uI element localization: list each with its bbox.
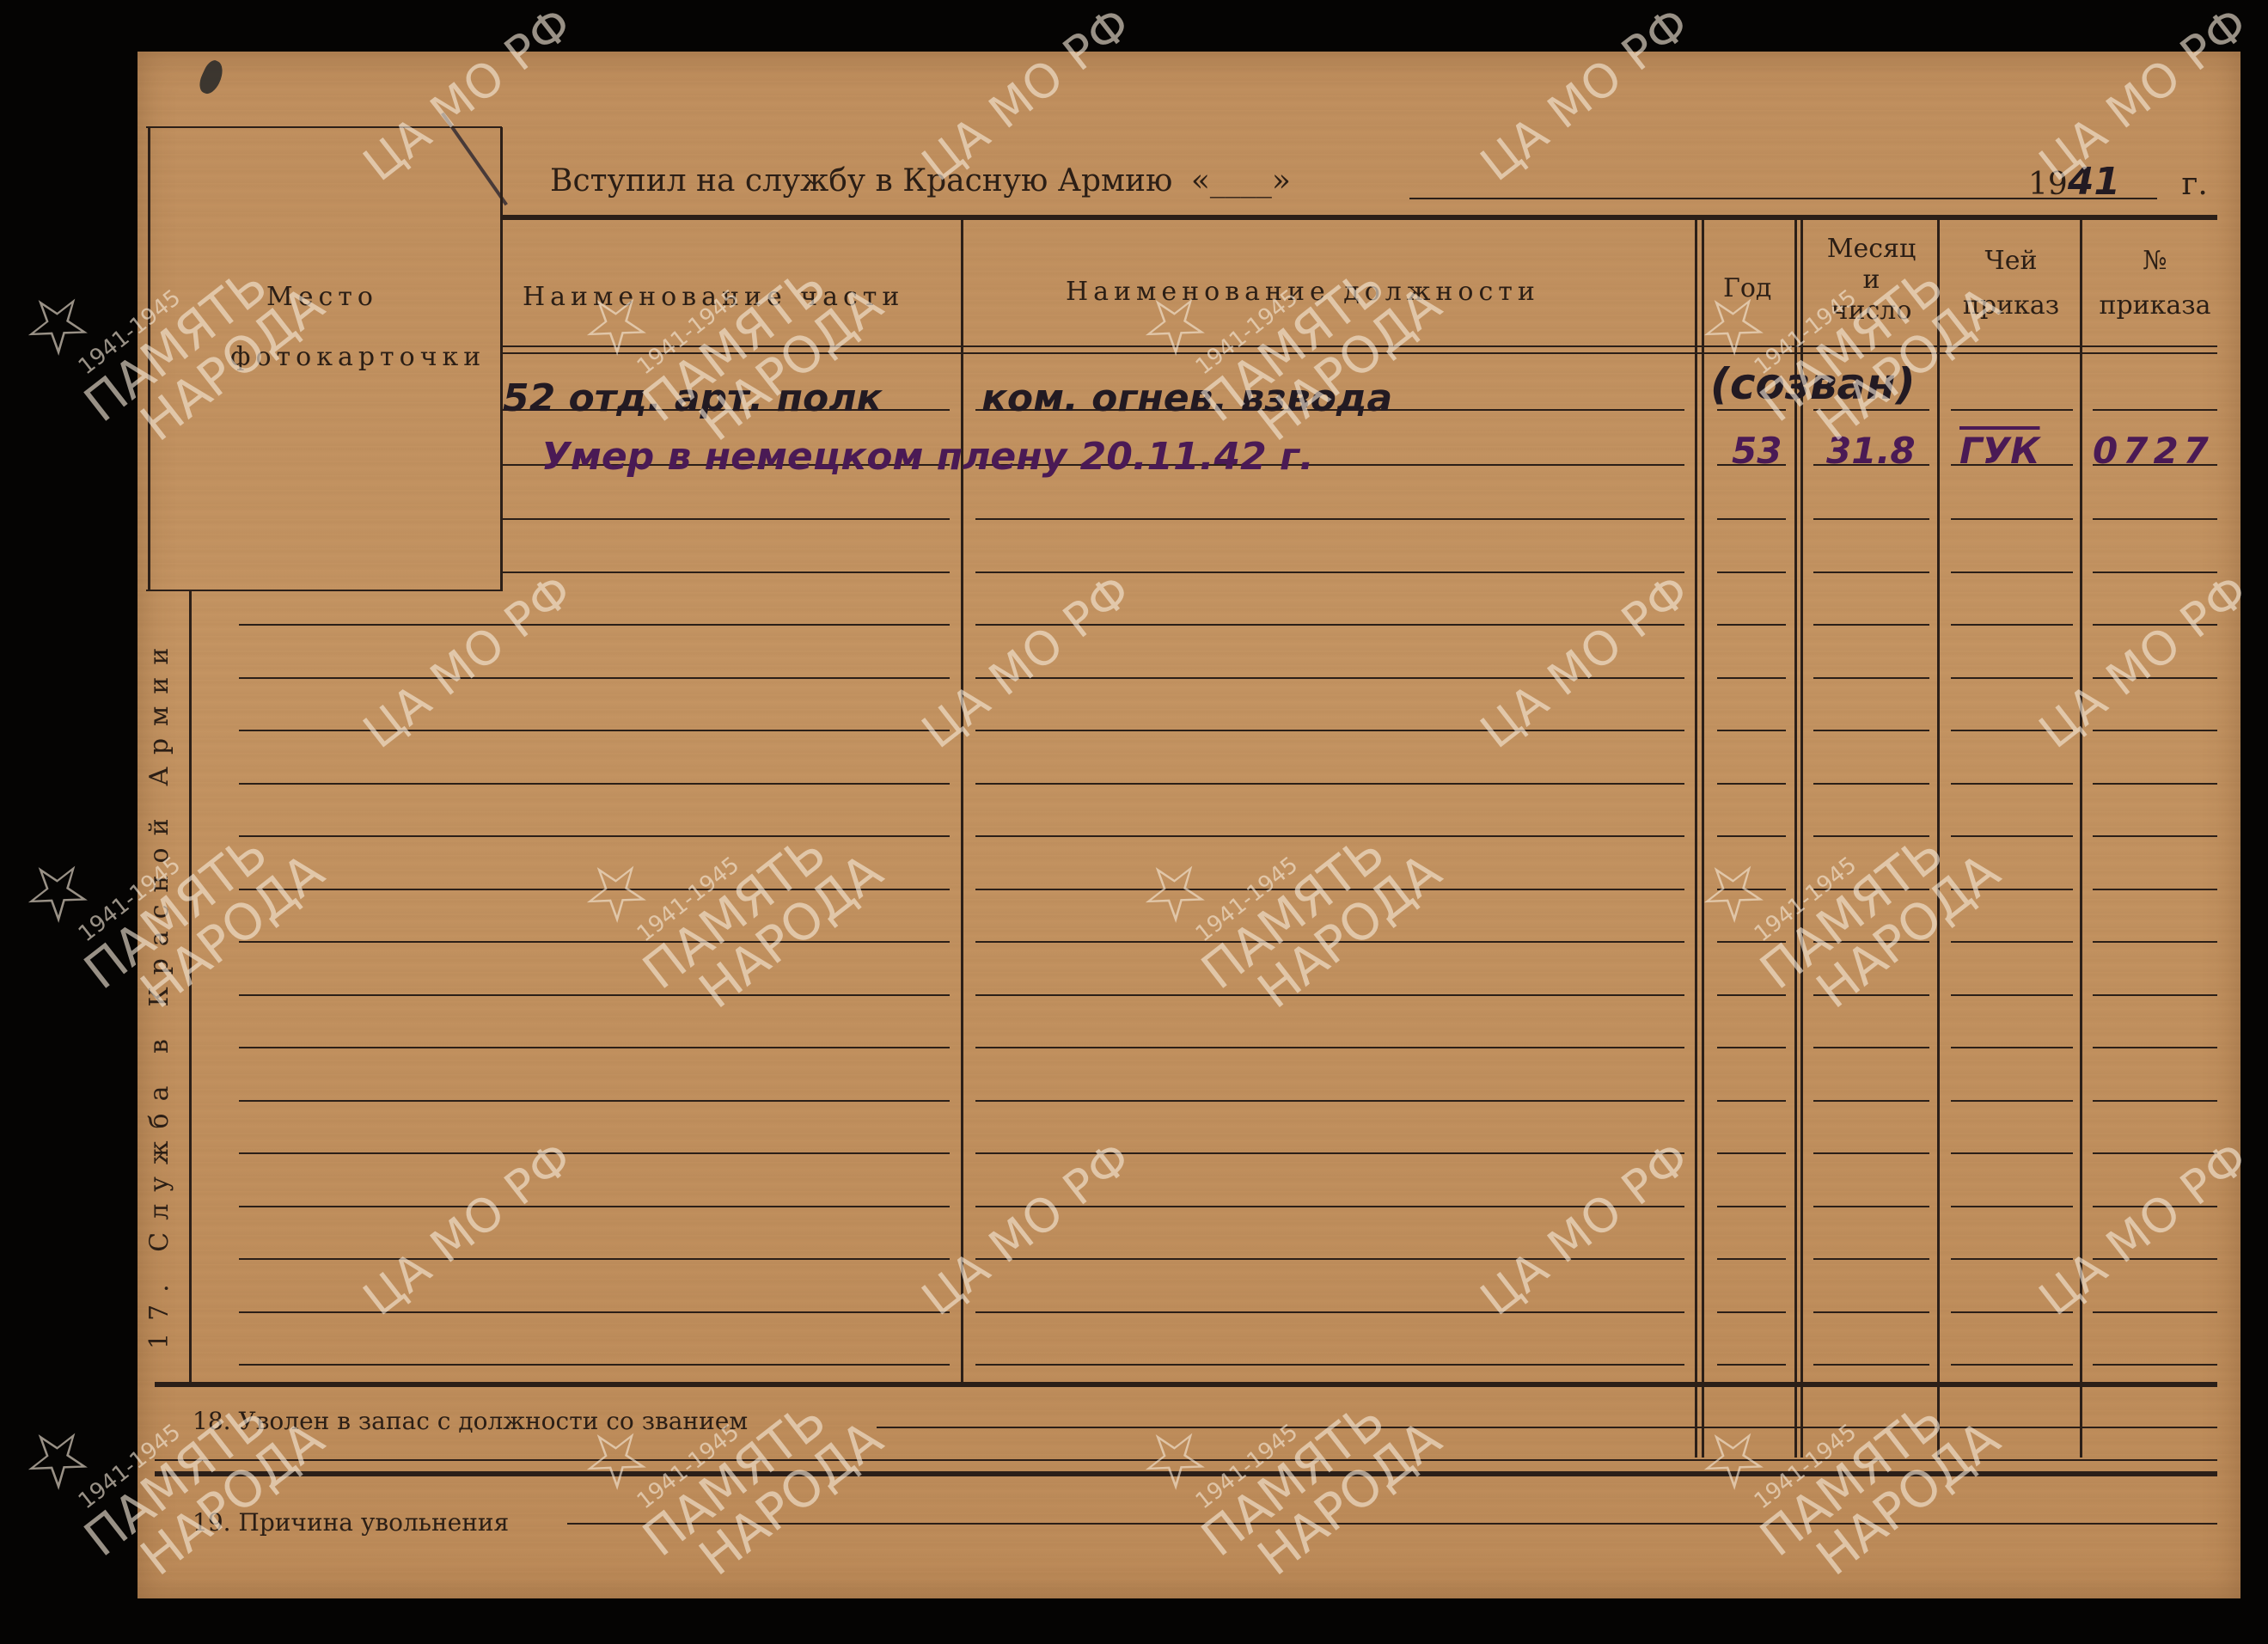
row2-whose-order: ГУК (1959, 430, 2039, 472)
row-rule (239, 730, 950, 731)
row-rule (975, 835, 1684, 837)
item-18: 18. Уволен в запас с должности со звание… (193, 1407, 748, 1435)
row-rule (2093, 571, 2217, 573)
header-year: Год (1723, 273, 1771, 303)
divider-position-year-a (1695, 220, 1697, 1458)
row-rule (2093, 1100, 2217, 1102)
row-rule (1813, 1152, 1929, 1154)
row-rule (2093, 1206, 2217, 1207)
row-rule (1717, 1047, 1786, 1048)
star-icon: ☆ (565, 1292, 813, 1510)
footer-divider-rule (155, 1471, 2217, 1476)
row-rule (1717, 518, 1786, 520)
header-position: Наименование должности (1066, 277, 1540, 307)
row-rule (1813, 518, 1929, 520)
star-icon: ☆ (1682, 1292, 1930, 1510)
row-rule (239, 1047, 950, 1048)
row-rule (1717, 1311, 1786, 1313)
row-rule (975, 624, 1684, 626)
row-rule (239, 1100, 950, 1102)
row-rule (1813, 1206, 1929, 1207)
row-rule (1813, 624, 1929, 626)
star-icon: ☆ (6, 724, 254, 943)
row-rule (239, 783, 950, 785)
row-rule (239, 1206, 950, 1207)
row-rule (1951, 1206, 2073, 1207)
row-rule (1813, 783, 1929, 785)
row-rule (239, 624, 950, 626)
photo-box-label-1: Место (266, 282, 378, 312)
row-rule (975, 1311, 1684, 1313)
row-rule (1813, 730, 1929, 731)
row-rule (975, 889, 1684, 890)
record-card: Место фотокарточки Вступил на службу в К… (138, 52, 2240, 1598)
watermark-project: ☆1941-1945ПАМЯТЬНАРОДА (572, 157, 890, 469)
item-19: 19. Причина увольнения (193, 1508, 509, 1537)
row-rule (2093, 835, 2217, 837)
row-rule (975, 1047, 1684, 1048)
row-rule (1717, 1152, 1786, 1154)
row-rule (1951, 677, 2073, 679)
item-18-fill-line-2 (155, 1459, 2217, 1461)
row-rule (1717, 783, 1786, 785)
row-rule (2093, 1047, 2217, 1048)
row-rule (1951, 1364, 2073, 1366)
row-rule (1951, 571, 2073, 573)
row-rule (1717, 1206, 1786, 1207)
row-rule (1951, 1100, 2073, 1102)
divider-position-year-b (1702, 220, 1704, 1458)
row-rule (975, 994, 1684, 996)
watermark-archive: ЦА МО РФ (353, 1130, 583, 1326)
item-19-fill-line (567, 1523, 2217, 1525)
row-rule (2093, 941, 2217, 943)
watermark-archive: ЦА МО РФ (912, 1130, 1141, 1326)
photo-box-right-rule (500, 127, 503, 591)
row-rule (1951, 835, 2073, 837)
row-rule (1813, 835, 1929, 837)
row-rule (1951, 624, 2073, 626)
watermark-archive: ЦА МО РФ (1470, 1130, 1700, 1326)
photo-box-label-2: фотокарточки (230, 342, 486, 372)
divider-whose-number (2080, 220, 2082, 1458)
row-rule (239, 994, 950, 996)
star-icon: ☆ (6, 1292, 254, 1510)
row-rule (1717, 941, 1786, 943)
watermark-project: ☆1941-1945ПАМЯТЬНАРОДА (13, 157, 332, 469)
row-rule (2093, 518, 2217, 520)
row2-order-number: 0727 (2093, 430, 2214, 472)
row-rule (1717, 409, 1786, 411)
row-rule (1813, 1047, 1929, 1048)
row-rule (975, 1364, 1684, 1366)
star-icon: ☆ (6, 157, 254, 376)
header-bottom-rule-2 (503, 352, 2217, 354)
watermark-project: ☆1941-1945ПАМЯТЬНАРОДА (1130, 724, 1449, 1036)
row-rule (239, 1258, 950, 1260)
row-rule (1951, 889, 2073, 890)
row-rule (1717, 835, 1786, 837)
photo-box-top-rule (146, 126, 502, 128)
row-rule (1813, 571, 1929, 573)
star-icon: ☆ (1123, 724, 1372, 943)
watermark-project: ☆1941-1945ПАМЯТЬНАРОДА (1689, 724, 2008, 1036)
watermark-project: ☆1941-1945ПАМЯТЬНАРОДА (572, 724, 890, 1036)
row2-remark: Умер в немецком плену 20.11.42 г. (541, 435, 1314, 479)
row-rule (975, 1206, 1684, 1207)
divider-month-whose (1937, 220, 1940, 1458)
header-whose-order: Чей приказ (1942, 239, 2080, 328)
row-rule (2093, 889, 2217, 890)
header-order-number: № приказа (2084, 239, 2226, 328)
divider-unit-position (961, 220, 963, 1384)
header-month-day: Месяц и число (1809, 234, 1934, 327)
row-rule (503, 571, 950, 573)
entry-year-prefix: 19 (2028, 167, 2068, 202)
row-rule (1813, 1100, 1929, 1102)
row-rule (2093, 1258, 2217, 1260)
row-rule (239, 889, 950, 890)
row-rule (1951, 730, 2073, 731)
row-rule (975, 783, 1684, 785)
star-icon: ☆ (1123, 1292, 1372, 1510)
watermark-archive: ЦА МО РФ (2029, 1130, 2259, 1326)
row-rule (975, 1258, 1684, 1260)
row-rule (1813, 409, 1929, 411)
row-rule (1813, 1311, 1929, 1313)
row-rule (1951, 783, 2073, 785)
watermark-project: ☆1941-1945ПАМЯТЬНАРОДА (572, 1292, 890, 1604)
row-rule (1951, 941, 2073, 943)
row-rule (1813, 1258, 1929, 1260)
photo-box-bottom-rule (146, 590, 502, 591)
row-rule (975, 571, 1684, 573)
photo-box-left-rule (148, 127, 150, 591)
entry-year: 1941 г. (2028, 160, 2208, 204)
header-bottom-rule-1 (503, 345, 2217, 347)
ink-speck (196, 58, 228, 97)
row-rule (1717, 624, 1786, 626)
row-rule (1717, 730, 1786, 731)
row-rule (2093, 1152, 2217, 1154)
row-rule (2093, 624, 2217, 626)
row-rule (239, 941, 950, 943)
row-rule (1717, 994, 1786, 996)
header-unit: Наименование части (523, 282, 904, 312)
row-rule (1813, 941, 1929, 943)
section17-left-rule (189, 591, 192, 1384)
row-rule (503, 518, 950, 520)
row-rule (975, 730, 1684, 731)
row-rule (1813, 1364, 1929, 1366)
entry-year-handwritten: 41 (2068, 160, 2120, 204)
row-rule (975, 1152, 1684, 1154)
row-rule (1813, 994, 1929, 996)
row-rule (239, 677, 950, 679)
row-rule (975, 941, 1684, 943)
row-rule (1717, 677, 1786, 679)
row-rule (2093, 1364, 2217, 1366)
bracket-note: (созван) (1710, 359, 1916, 409)
watermark-archive: ЦА МО РФ (353, 0, 583, 192)
star-icon: ☆ (1682, 724, 1930, 943)
row-rule (1717, 889, 1786, 890)
row2-year: 53 (1732, 430, 1782, 472)
row-rule (2093, 783, 2217, 785)
row-rule (239, 1152, 950, 1154)
row1-unit: 52 отд. арт. полк (503, 376, 882, 420)
row-rule (2093, 1311, 2217, 1313)
entry-year-suffix: г. (2182, 167, 2208, 202)
row-rule (2093, 994, 2217, 996)
row-rule (975, 518, 1684, 520)
watermark-project: ☆1941-1945ПАМЯТЬНАРОДА (1130, 1292, 1449, 1604)
row-rule (239, 1311, 950, 1313)
row-rule (975, 1100, 1684, 1102)
row-rule (1813, 889, 1929, 890)
star-icon: ☆ (565, 724, 813, 943)
row-rule (1951, 1311, 2073, 1313)
row2-month-day: 31.8 (1826, 430, 1916, 472)
row-rule (1951, 409, 2073, 411)
row1-position: ком. огнев. взвода (981, 376, 1392, 420)
row-rule (1717, 1258, 1786, 1260)
row-rule (975, 677, 1684, 679)
watermark-archive: ЦА МО РФ (1470, 0, 1700, 192)
entry-day-field: «____» (1191, 163, 1291, 199)
row-rule (1951, 994, 2073, 996)
item-18-fill-line (877, 1427, 2217, 1428)
row-rule (1951, 1152, 2073, 1154)
watermark-project: ☆1941-1945ПАМЯТЬНАРОДА (1689, 1292, 2008, 1604)
row-rule (2093, 409, 2217, 411)
row-rule (1813, 677, 1929, 679)
row-rule (239, 835, 950, 837)
row-rule (1717, 571, 1786, 573)
row-rule (1951, 518, 2073, 520)
row-rule (2093, 677, 2217, 679)
row-rule (1951, 1047, 2073, 1048)
row-rule (1951, 1258, 2073, 1260)
row-rule (239, 1364, 950, 1366)
entry-line: Вступил на службу в Красную Армию «____» (550, 163, 1291, 199)
row-rule (2093, 730, 2217, 731)
section17-bottom-rule (155, 1382, 2217, 1387)
watermark-project: ☆1941-1945ПАМЯТЬНАРОДА (1130, 157, 1449, 469)
section17-label: 17. Служба в Красной Армии (144, 636, 174, 1349)
header-top-rule (503, 215, 2217, 220)
row-rule (1717, 1100, 1786, 1102)
row-rule (1717, 1364, 1786, 1366)
entry-label: Вступил на службу в Красную Армию (550, 163, 1172, 199)
